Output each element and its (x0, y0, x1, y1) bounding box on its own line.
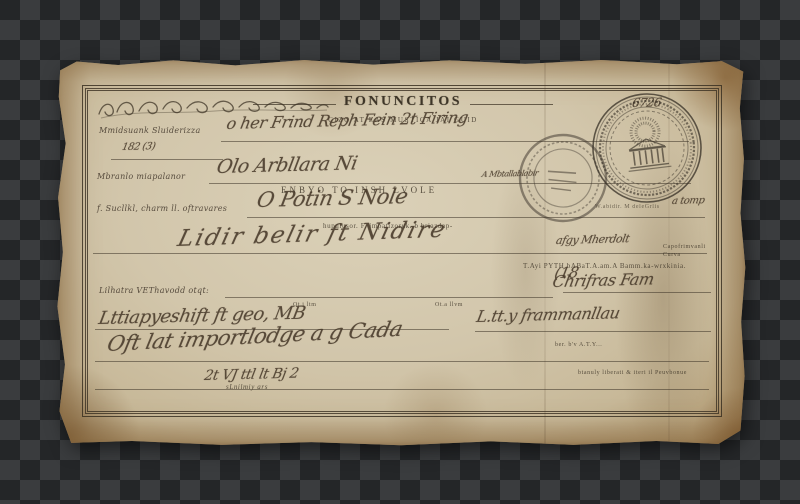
handwritten-note: 182 (3) (121, 141, 156, 153)
handwritten-entry: L.tt.y frammanllau (475, 303, 621, 326)
rule-line (95, 389, 709, 390)
handwritten-entry: O Potin S Nole (255, 184, 410, 212)
transparent-canvas: { "image": { "kind": "aged paper certifi… (0, 0, 800, 504)
column-header: Ot.a llvm (435, 302, 463, 308)
rule-line (95, 361, 709, 362)
field-label: Lilhatra VEThavodd otqt: (99, 286, 209, 295)
rule-line (475, 331, 711, 332)
document-content: FONUNCITOS CIZO AT LAS MUSTICA JAI GUID … (83, 86, 721, 416)
handwritten-note: A Mbtallablabir (481, 169, 539, 179)
handwritten-entry: 2t VJ ttl lt Bj 2 (203, 366, 300, 384)
printed-caption: ber. b'v A.T.Y... (555, 342, 602, 348)
rule-line (221, 141, 689, 142)
rule-line (563, 292, 711, 293)
signature: Lidir belir ft Nidire (175, 217, 450, 252)
rule-line (247, 217, 705, 218)
rule-line (209, 183, 691, 184)
document-border-frame: FONUNCITOS CIZO AT LAS MUSTICA JAI GUID … (82, 85, 722, 417)
aged-paper: FONUNCITOS CIZO AT LAS MUSTICA JAI GUID … (56, 58, 746, 446)
title-flank-line (253, 100, 336, 105)
document-photo: FONUNCITOS CIZO AT LAS MUSTICA JAI GUID … (56, 58, 746, 446)
handwritten-entry: Olo Arbllara Ni (215, 152, 359, 178)
handwritten-note: (18 (553, 263, 580, 282)
rule-line (111, 159, 223, 160)
printed-footer-note: btanuly liberati & iteri il Peuvbonue (578, 370, 687, 376)
title-row: FONUNCITOS (253, 94, 553, 110)
title-flank-line (470, 100, 553, 105)
handwritten-note: afgy Mherdolt (555, 232, 630, 247)
field-label: Mbranlo miapalanor (97, 172, 185, 181)
field-label: f. Sucllkl, charm ll. oftravares (97, 204, 227, 213)
field-label: Mmidsuank Sluiderizza (99, 126, 201, 135)
rule-line (93, 253, 707, 254)
handwritten-note: a tomp (671, 195, 705, 207)
rule-line (225, 297, 553, 298)
printed-caption: T.Ayi PYTH bABaT.A.am.A Bamm.ka-wrxkinia… (523, 262, 686, 270)
printed-caption: Capofrimvanli Curva (663, 244, 715, 260)
